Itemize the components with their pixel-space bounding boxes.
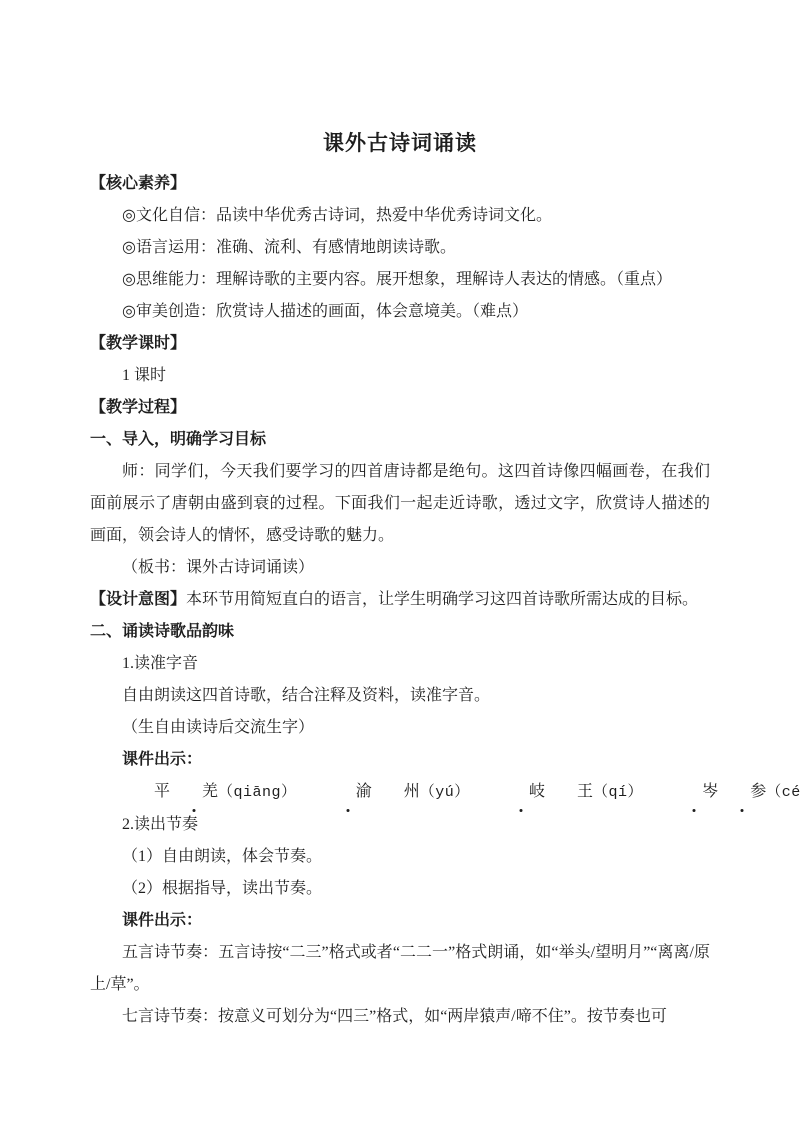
section-heading-teaching-process: 【教学过程】 <box>90 392 710 424</box>
phonetics-line: 平羌（qiāng）渝州（yú）岐王（qí）岑参（cén shēn）芦管（lú） <box>90 776 710 809</box>
section-heading-class-hours: 【教学课时】 <box>90 328 710 360</box>
section-heading-core-literacy: 【核心素养】 <box>90 168 710 200</box>
part2-step1-note: （生自由读诗后交流生字） <box>90 712 710 744</box>
part2-heading: 二、诵读诗歌品韵味 <box>90 616 710 648</box>
pinyin-annotation: （yú） <box>420 784 470 801</box>
part2-step2-item-1: （1）自由朗读，体会节奏。 <box>90 841 710 873</box>
phonetic-entry: 平羌（qiāng） <box>122 783 297 800</box>
part1-board-note: （板书：课外古诗词诵读） <box>90 552 710 584</box>
phonetic-entry: 岑参（cén shēn） <box>670 783 800 800</box>
character: 王 <box>545 776 593 808</box>
document-page: 课外古诗词诵读 【核心素养】 ◎文化自信：品读中华优秀古诗词，热爱中华优秀诗词文… <box>0 0 800 1131</box>
part2-step1-text: 自由朗读这四首诗歌，结合注释及资料，读准字音。 <box>90 680 710 712</box>
core-literacy-item-language: ◎语言运用：准确、流利、有感情地朗读诗歌。 <box>90 232 710 264</box>
character: 州 <box>372 776 420 808</box>
rhythm-seven-char-line: 七言诗节奏：按意义可划分为“四三”格式，如“两岸猿声/啼不住”。按节奏也可 <box>90 1001 710 1033</box>
doc-title: 课外古诗词诵读 <box>90 127 710 161</box>
core-literacy-item-aesthetics: ◎审美创造：欣赏诗人描述的画面，体会意境美。（难点） <box>90 296 710 328</box>
emphasized-character: 岑 <box>670 776 718 808</box>
pinyin-annotation: （qí） <box>593 784 643 801</box>
rhythm-five-char-line: 五言诗节奏：五言诗按“二三”格式或者“二二一”格式朗诵，如“举头/望明月”“离离… <box>90 937 710 1001</box>
emphasized-character: 岐 <box>497 776 545 808</box>
part2-step2-item-2: （2）根据指导，读出节奏。 <box>90 873 710 905</box>
phonetic-entry: 渝州（yú） <box>324 783 470 800</box>
emphasized-character: 参 <box>718 776 766 808</box>
class-hours-text: 1 课时 <box>90 360 710 392</box>
part1-design-intent: 【设计意图】本环节用简短直白的语言，让学生明确学习这四首诗歌所需达成的目标。 <box>90 584 710 616</box>
part2-step2-title: 2.读出节奏 <box>90 809 710 841</box>
design-intent-label: 【设计意图】 <box>90 591 186 608</box>
part1-teacher-speech: 师：同学们，今天我们要学习的四首唐诗都是绝句。这四首诗像四幅画卷，在我们面前展示… <box>90 456 710 552</box>
part1-heading: 一、导入，明确学习目标 <box>90 424 710 456</box>
courseware-label-2: 课件出示： <box>90 905 710 937</box>
part2-step1-title: 1.读准字音 <box>90 648 710 680</box>
core-literacy-item-thinking: ◎思维能力：理解诗歌的主要内容。展开想象，理解诗人表达的情感。（重点） <box>90 264 710 296</box>
emphasized-character: 渝 <box>324 776 372 808</box>
core-literacy-item-culture: ◎文化自信：品读中华优秀古诗词，热爱中华优秀诗词文化。 <box>90 200 710 232</box>
design-intent-text: 本环节用简短直白的语言，让学生明确学习这四首诗歌所需达成的目标。 <box>186 591 698 608</box>
pinyin-annotation: （qiāng） <box>218 784 297 801</box>
emphasized-character: 羌 <box>170 776 218 808</box>
character: 平 <box>122 776 170 808</box>
pinyin-annotation: （cén shēn） <box>766 784 800 801</box>
phonetic-entry: 岐王（qí） <box>497 783 643 800</box>
courseware-label-1: 课件出示： <box>90 744 710 776</box>
